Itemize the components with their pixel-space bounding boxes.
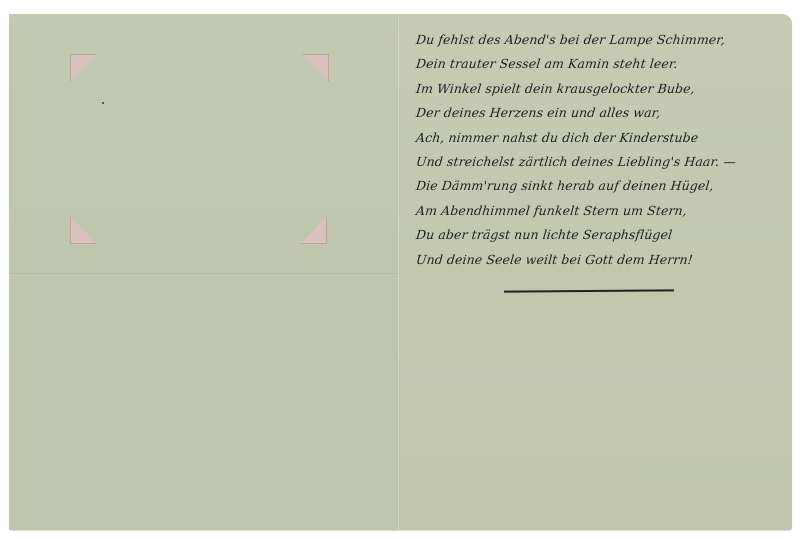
handwritten-poem: Du fehlst des Abend's bei der Lampe Schi… bbox=[416, 28, 786, 272]
poem-line-8: Am Abendhimmel funkelt Stern um Stern, bbox=[415, 199, 788, 223]
poem-line-7: Die Dämm'rung sinkt herab auf deinen Hüg… bbox=[415, 174, 788, 198]
poem-line-9: Du aber trägst nun lichte Seraphsflügel bbox=[415, 223, 788, 247]
poem-line-2: Dein trauter Sessel am Kamin steht leer. bbox=[415, 52, 788, 76]
left-panel-photo-mount bbox=[9, 14, 398, 530]
poem-line-10: Und deine Seele weilt bei Gott dem Herrn… bbox=[415, 248, 788, 272]
poem-line-1: Du fehlst des Abend's bei der Lampe Schi… bbox=[415, 28, 788, 52]
photo-corner-bottom-left-icon bbox=[70, 216, 97, 244]
poem-line-6: Und streichelst zärtlich deines Liebling… bbox=[415, 150, 788, 174]
poem-line-3: Im Winkel spielt dein krausgelockter Bub… bbox=[415, 77, 788, 101]
photo-corner-top-right-icon bbox=[302, 54, 329, 82]
horizontal-fold-crease bbox=[9, 273, 398, 275]
photo-corner-bottom-right-icon bbox=[300, 216, 327, 244]
poem-line-5: Ach, nimmer nahst du dich der Kinderstub… bbox=[415, 126, 788, 150]
poem-line-4: Der deines Herzens ein und alles war, bbox=[415, 101, 788, 125]
photo-corner-top-left-icon bbox=[70, 54, 97, 82]
paper-speck bbox=[102, 102, 104, 104]
